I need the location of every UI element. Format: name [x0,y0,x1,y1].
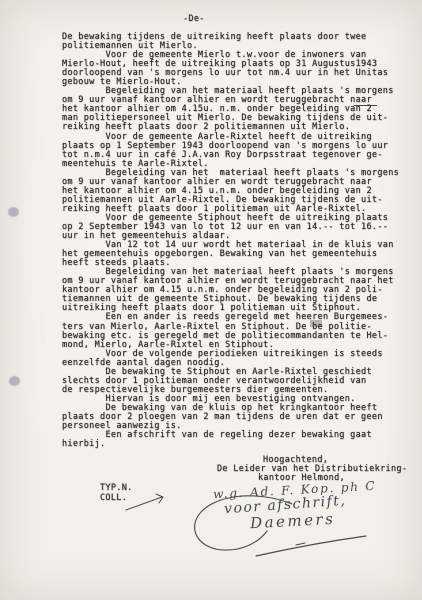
typ-label: TYP.N. [100,484,133,493]
typed-line: hierbij. [62,440,399,449]
be-overstrike [310,320,322,327]
document-body: De bewaking tijdens de uitreiking heeft … [62,33,399,449]
signature-underline-dash [296,543,305,545]
typed-line: Een afschrift van de regeling dezer bewa… [62,431,399,440]
punch-hole-dot-bottom [9,376,20,386]
naar-underline [354,105,377,106]
page-marker: -De- [183,15,205,24]
punch-hole-dot-top [8,207,19,217]
coll-check-stroke [126,494,163,510]
signature-underline-stroke [256,536,366,556]
handwritten-signature-name: Daemers [250,510,336,532]
scanned-letter-page: -De- De bewaking tijdens de uitreiking h… [0,0,422,600]
coll-label: COLL. [100,494,127,503]
